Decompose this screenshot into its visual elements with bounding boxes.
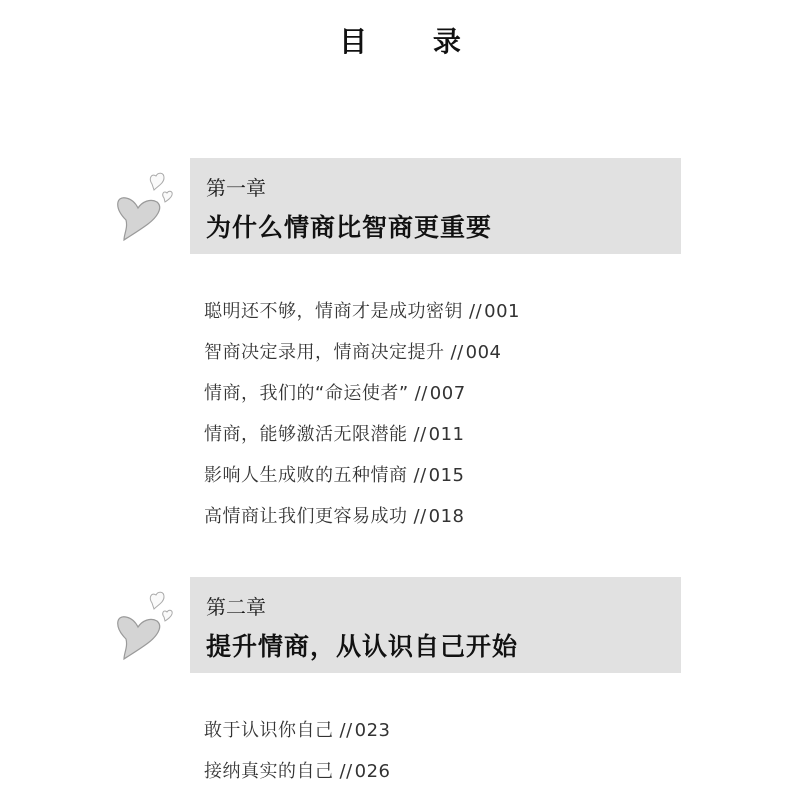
entry-separator: // — [469, 301, 482, 322]
entry-page: 001 — [484, 301, 520, 322]
entry-separator: // — [340, 720, 353, 741]
toc-entry[interactable]: 接纳真实的自己//026 — [204, 760, 391, 800]
chapter-title: 提升情商，从认识自己开始 — [206, 627, 518, 663]
toc-entry[interactable]: 高情商让我们更容易成功//018 — [204, 505, 520, 546]
toc-entry[interactable]: 智商决定录用，情商决定提升//004 — [204, 341, 520, 382]
toc-entry[interactable]: 情商，我们的“命运使者”//007 — [204, 382, 520, 423]
entry-text: 接纳真实的自己 — [204, 761, 334, 782]
entry-separator: // — [451, 342, 464, 363]
chapter-number: 第一章 — [206, 172, 266, 201]
entry-text: 影响人生成败的五种情商 — [204, 465, 408, 486]
entry-separator: // — [414, 506, 427, 527]
chapter-number: 第二章 — [206, 591, 266, 620]
entry-text: 情商，我们的“命运使者” — [204, 383, 409, 404]
hearts-icon — [112, 587, 182, 667]
entry-separator: // — [340, 761, 353, 782]
toc-entry[interactable]: 敢于认识你自己//023 — [204, 719, 391, 760]
entry-text: 聪明还不够，情商才是成功密钥 — [204, 301, 463, 322]
entry-text: 智商决定录用，情商决定提升 — [204, 342, 445, 363]
entry-page: 007 — [430, 383, 466, 404]
entry-separator: // — [414, 465, 427, 486]
entry-text: 情商，能够激活无限潜能 — [204, 424, 408, 445]
hearts-icon — [112, 168, 182, 248]
entry-text: 高情商让我们更容易成功 — [204, 506, 408, 527]
entry-page: 023 — [355, 720, 391, 741]
chapter-1-entries: 聪明还不够，情商才是成功密钥//001 智商决定录用，情商决定提升//004 情… — [204, 300, 520, 546]
entry-page: 004 — [466, 342, 502, 363]
chapter-2-header: 第二章 提升情商，从认识自己开始 — [190, 577, 681, 673]
entry-separator: // — [415, 383, 428, 404]
entry-text: 敢于认识你自己 — [204, 720, 334, 741]
entry-separator: // — [414, 424, 427, 445]
chapter-1-header: 第一章 为什么情商比智商更重要 — [190, 158, 681, 254]
chapter-title: 为什么情商比智商更重要 — [206, 208, 492, 244]
toc-entry[interactable]: 影响人生成败的五种情商//015 — [204, 464, 520, 505]
entry-page: 015 — [429, 465, 465, 486]
page-title: 目 录 — [0, 20, 800, 60]
entry-page: 018 — [429, 506, 465, 527]
toc-entry[interactable]: 聪明还不够，情商才是成功密钥//001 — [204, 300, 520, 341]
toc-entry[interactable]: 情商，能够激活无限潜能//011 — [204, 423, 520, 464]
chapter-2-entries: 敢于认识你自己//023 接纳真实的自己//026 — [204, 719, 391, 800]
entry-page: 011 — [429, 424, 465, 445]
entry-page: 026 — [355, 761, 391, 782]
